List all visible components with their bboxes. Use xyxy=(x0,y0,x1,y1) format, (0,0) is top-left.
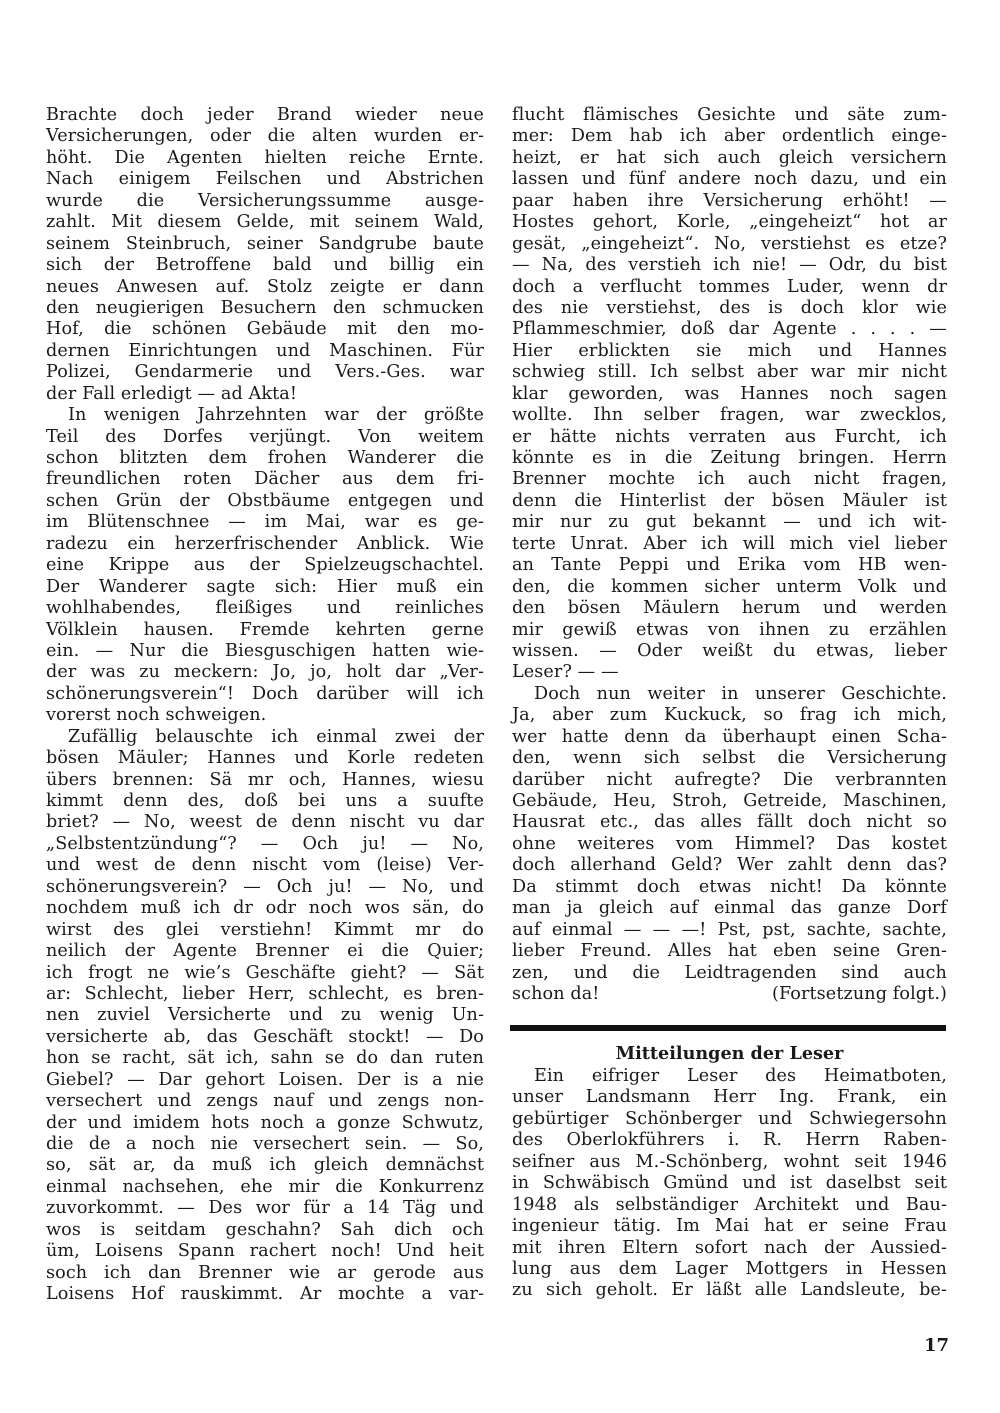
text-line: unser Landsmann Herr Ing. Frank, ein xyxy=(512,1087,947,1108)
text-line: bösen Mäuler; Hannes und Korle redeten xyxy=(46,748,484,769)
text-line: dernen Einrichtungen und Maschinen. Für xyxy=(46,341,484,362)
text-line: könnte es in die Zeitung bringen. Herrn xyxy=(512,448,947,469)
text-line: lassen und fünf andere noch dazu, und ei… xyxy=(512,169,947,190)
text-line: wos is seitdam geschahn? Sah dich och xyxy=(46,1220,484,1241)
text-line: Hostes gehort, Korle, „eingeheizt“ hot a… xyxy=(512,212,947,233)
text-line: paar haben ihre Versicherung erhöht! — xyxy=(512,191,947,212)
text-line: Hier erblickten sie mich und Hannes xyxy=(512,341,947,362)
text-line: vorerst noch schweigen. xyxy=(46,705,484,726)
page-number: 17 xyxy=(924,1335,949,1356)
text-line: hon se racht, sät ich, sahn se do dan ru… xyxy=(46,1048,484,1069)
continuation-note: (Fortsetzung folgt.) xyxy=(772,984,947,1005)
text-line: sich der Betroffene bald und billig ein xyxy=(46,255,484,276)
text-line: neues Anwesen auf. Stolz zeigte er dann xyxy=(46,277,484,298)
text-line: In wenigen Jahrzehnten war der größte xyxy=(46,405,484,426)
text-line: Hof, die schönen Gebäude mit den mo- xyxy=(46,319,484,340)
text-line: ein. — Nur die Biesguschigen hatten wie- xyxy=(46,641,484,662)
text-line: wissen. — Oder weißt du etwas, lieber xyxy=(512,641,947,662)
text-line: heizt, er hat sich auch gleich versicher… xyxy=(512,148,947,169)
section-title: Mitteilungen der Leser xyxy=(512,1043,947,1065)
text-line: mir nur zu gut bekannt — und ich wit- xyxy=(512,512,947,533)
text-line: einmal nachsehen, ehe mir die Konkurrenz xyxy=(46,1177,484,1198)
text-line: in Schwäbisch Gmünd und ist daselbst sei… xyxy=(512,1173,947,1194)
text-line: Gebäude, Heu, Stroh, Getreide, Maschinen… xyxy=(512,791,947,812)
text-line: nochdem muß ich dr odr noch wos sän, do xyxy=(46,898,484,919)
text-line: Der Wanderer sagte sich: Hier muß ein xyxy=(46,577,484,598)
text-line: schwieg still. Ich selbst aber war mir n… xyxy=(512,362,947,383)
left-column: Brachte doch jeder Brand wieder neueVers… xyxy=(46,105,484,1306)
text-line: wer hatte denn da überhaupt einen Scha- xyxy=(512,727,947,748)
text-line: schen Grün der Obstbäume entgegen und xyxy=(46,491,484,512)
text-line: wirst des glei verstiehn! Kimmt mr do xyxy=(46,920,484,941)
text-line: mit ihren Eltern sofort nach der Aussied… xyxy=(512,1238,947,1259)
text-line: zu sich geholt. Er läßt alle Landsleute,… xyxy=(512,1280,947,1301)
text-line: — Na, des verstieh ich nie! — Odr, du bi… xyxy=(512,255,947,276)
text-line: klar geworden, was Hannes noch sagen xyxy=(512,384,947,405)
text-line: der und imidem hots noch a gonze Schwutz… xyxy=(46,1113,484,1134)
text-line: Hausrat etc., das alles fällt doch nicht… xyxy=(512,812,947,833)
text-line: Loisens Hof rauskimmt. Ar mochte a var- xyxy=(46,1284,484,1305)
text-line: höht. Die Agenten hielten reiche Ernte. xyxy=(46,148,484,169)
text-line: und west de denn nischt vom (leise) Ver- xyxy=(46,855,484,876)
closing-line: schon da!(Fortsetzung folgt.) xyxy=(512,984,947,1005)
text-line: darüber nicht aufregte? Die verbrannten xyxy=(512,770,947,791)
text-line: Teil des Dorfes verjüngt. Von weitem xyxy=(46,427,484,448)
text-line: ohne weiteres vom Himmel? Das kostet xyxy=(512,834,947,855)
text-line: Doch nun weiter in unserer Geschichte. xyxy=(512,684,947,705)
text-line: versicherte ab, das Geschäft stockt! — D… xyxy=(46,1027,484,1048)
text-line: des Oberlokführers i. R. Herrn Raben- xyxy=(512,1130,947,1151)
text-line: Zufällig belauschte ich einmal zwei der xyxy=(46,727,484,748)
text-line: doch a verflucht tommes Luder, wenn dr xyxy=(512,277,947,298)
text-line: Polizei, Gendarmerie und Vers.-Ges. war xyxy=(46,362,484,383)
text-line: zuvorkommt. — Des wor für a 14 Täg und xyxy=(46,1198,484,1219)
text-line: terte Unrat. Aber ich will mich viel lie… xyxy=(512,534,947,555)
text-line: der was zu meckern: Jo, jo, holt dar „Ve… xyxy=(46,662,484,683)
text-line: nen zuviel Versicherte und zu wenig Un- xyxy=(46,1005,484,1026)
text-line: Giebel? — Dar gehort Loisen. Der is a ni… xyxy=(46,1070,484,1091)
right-column: flucht flämisches Gesichte und säte zum-… xyxy=(512,105,947,1005)
text-line: an Tante Peppi und Erika vom HB wen- xyxy=(512,555,947,576)
text-line: der Fall erledigt — ad Akta! xyxy=(46,384,484,405)
text-line: wohlhabendes, fleißiges und reinliches xyxy=(46,598,484,619)
readers-section-body: Ein eifriger Leser des Heimatboten,unser… xyxy=(512,1066,947,1302)
text-line: zen, und die Leidtragenden sind auch xyxy=(512,963,947,984)
text-line: er hätte nichts verraten aus Furcht, ich xyxy=(512,427,947,448)
text-line: Leser? — — xyxy=(512,662,947,683)
text-line: seifner aus M.-Schönberg, wohnt seit 194… xyxy=(512,1152,947,1173)
text-line: den neugierigen Besuchern den schmucken xyxy=(46,298,484,319)
text-line: den, die kommen sicher unterm Volk und xyxy=(512,577,947,598)
text-line: Brenner mochte ich auch nicht fragen, xyxy=(512,469,947,490)
text-line: ich frogt ne wie’s Geschäfte gieht? — Sä… xyxy=(46,963,484,984)
text-line: Da stimmt doch etwas nicht! Da könnte xyxy=(512,877,947,898)
text-line: kimmt denn des, doß bei uns a suufte xyxy=(46,791,484,812)
text-line: gebürtiger Schönberger und Schwiegersohn xyxy=(512,1109,947,1130)
text-line: mir gewiß etwas von ihnen zu erzählen xyxy=(512,620,947,641)
text-line: lung aus dem Lager Mottgers in Hessen xyxy=(512,1259,947,1280)
text-line: doch allerhand Geld? Wer zahlt denn das? xyxy=(512,855,947,876)
text-line: des nie verstiehst, des is doch klor wie xyxy=(512,298,947,319)
text-line: übers brennen: Sä mr och, Hannes, wiesu xyxy=(46,770,484,791)
text-line: eine Krippe aus der Spielzeugschachtel. xyxy=(46,555,484,576)
text-line: Versicherungen, oder die alten wurden er… xyxy=(46,126,484,147)
text-line: schon blitzten dem frohen Wanderer die xyxy=(46,448,484,469)
text-line: üm, Loisens Spann rachert noch! Und heit xyxy=(46,1241,484,1262)
text-line: den, wenn sich selbst die Versicherung xyxy=(512,748,947,769)
text-line: seinem Steinbruch, seiner Sandgrube baut… xyxy=(46,234,484,255)
text-line: die de a noch nie versechert sein. — So, xyxy=(46,1134,484,1155)
text-line: mer: Dem hab ich aber ordentlich einge- xyxy=(512,126,947,147)
text-line: wollte. Ihn selber fragen, war zwecklos, xyxy=(512,405,947,426)
text-line: neilich der Agente Brenner ei die Quier; xyxy=(46,941,484,962)
text-line: 1948 als selbständiger Architekt und Bau… xyxy=(512,1195,947,1216)
text-line: Ja, aber zum Kuckuck, so frag ich mich, xyxy=(512,705,947,726)
text-line: denn die Hinterlist der bösen Mäuler ist xyxy=(512,491,947,512)
text-line: gesät, „eingeheizt“. No, verstiehst es e… xyxy=(512,234,947,255)
text-line: Pflammeschmier, doß dar Agente . . . . — xyxy=(512,319,947,340)
text-line: im Blütenschnee — im Mai, war es ge- xyxy=(46,512,484,533)
text-line: den bösen Mäulern herum und werden xyxy=(512,598,947,619)
text-line: schönerungsverein“! Doch darüber will ic… xyxy=(46,684,484,705)
text-line: Brachte doch jeder Brand wieder neue xyxy=(46,105,484,126)
text-line: lieber Freund. Alles hat eben seine Gren… xyxy=(512,941,947,962)
text-line: zahlt. Mit diesem Gelde, mit seinem Wald… xyxy=(46,212,484,233)
text-line: so, sät ar, da muß ich gleich demnächst xyxy=(46,1155,484,1176)
text-line: versechert und zengs nauf und zengs non- xyxy=(46,1091,484,1112)
text-line: wurde die Versicherungssumme ausge- xyxy=(46,191,484,212)
text-line: ar: Schlecht, lieber Herr, schlecht, es … xyxy=(46,984,484,1005)
closing-text: schon da! xyxy=(512,984,599,1005)
text-line: soch ich dan Brenner wie ar gerode aus xyxy=(46,1263,484,1284)
text-line: freundlichen roten Dächer aus dem fri- xyxy=(46,469,484,490)
text-line: Ein eifriger Leser des Heimatboten, xyxy=(512,1066,947,1087)
text-line: Völklein hausen. Fremde kehrten gerne xyxy=(46,620,484,641)
text-line: auf einmal — — —! Pst, pst, sachte, sach… xyxy=(512,920,947,941)
text-line: flucht flämisches Gesichte und säte zum- xyxy=(512,105,947,126)
text-line: schönerungsverein? — Och ju! — No, und xyxy=(46,877,484,898)
text-line: „Selbstentzündung“? — Och ju! — No, xyxy=(46,834,484,855)
text-line: man ja gleich auf einmal das ganze Dorf xyxy=(512,898,947,919)
text-line: Nach einigem Feilschen und Abstrichen xyxy=(46,169,484,190)
text-line: ingenieur tätig. Im Mai hat er seine Fra… xyxy=(512,1216,947,1237)
text-line: briet? — No, weest de denn nischt vu dar xyxy=(46,812,484,833)
section-divider xyxy=(510,1025,946,1031)
text-line: radezu ein herzerfrischender Anblick. Wi… xyxy=(46,534,484,555)
